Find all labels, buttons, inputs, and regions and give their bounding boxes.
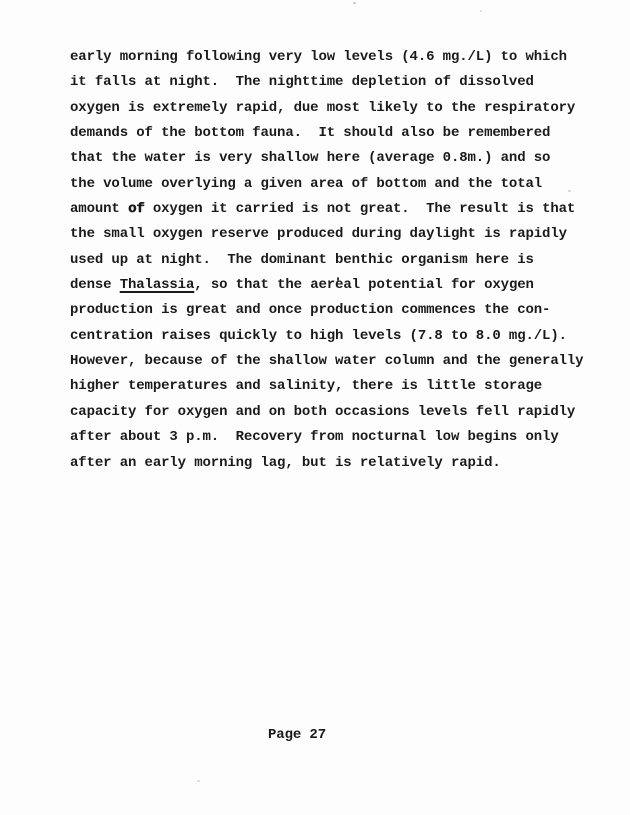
scan-speck: [337, 277, 339, 281]
text-segment: of: [128, 201, 145, 217]
text-block: early morning following very low levels …: [70, 45, 610, 476]
text-line: after about 3 p.m. Recovery from nocturn…: [70, 425, 610, 450]
scan-speck: [197, 780, 200, 782]
scan-speck: [568, 190, 571, 192]
scanned-document-page: early morning following very low levels …: [0, 0, 630, 815]
text-segment: after an early morning lag, but is relat…: [70, 455, 501, 471]
text-line: higher temperatures and salinity, there …: [70, 374, 610, 399]
text-segment: it falls at night. The nighttime depleti…: [70, 74, 534, 90]
text-segment: demands of the bottom fauna. It should a…: [70, 125, 550, 141]
text-segment: , so that the aereal potential for oxyge…: [194, 277, 534, 293]
text-segment: that the water is very shallow here (ave…: [70, 150, 550, 166]
text-segment: production is great and once production …: [70, 302, 550, 318]
text-segment: the volume overlying a given area of bot…: [70, 176, 542, 192]
text-line: amount of oxygen it carried is not great…: [70, 197, 610, 222]
text-line: oxygen is extremely rapid, due most like…: [70, 96, 610, 121]
text-line: used up at night. The dominant benthic o…: [70, 248, 610, 273]
text-line: that the water is very shallow here (ave…: [70, 146, 610, 171]
text-segment: after about 3 p.m. Recovery from nocturn…: [70, 429, 559, 445]
text-line: production is great and once production …: [70, 298, 610, 323]
text-line: capacity for oxygen and on both occasion…: [70, 400, 610, 425]
text-line: it falls at night. The nighttime depleti…: [70, 70, 610, 95]
text-segment: oxygen is extremely rapid, due most like…: [70, 100, 575, 116]
text-segment: amount: [70, 201, 128, 217]
text-segment: higher temperatures and salinity, there …: [70, 378, 542, 394]
text-line: after an early morning lag, but is relat…: [70, 451, 610, 476]
underlined-species-name: Thalassia: [120, 277, 195, 293]
text-line: the volume overlying a given area of bot…: [70, 172, 610, 197]
text-line: the small oxygen reserve produced during…: [70, 222, 610, 247]
text-segment: the small oxygen reserve produced during…: [70, 226, 567, 242]
page-number: Page 27: [268, 727, 326, 743]
text-segment: centration raises quickly to high levels…: [70, 328, 567, 344]
text-line: centration raises quickly to high levels…: [70, 324, 610, 349]
text-line: early morning following very low levels …: [70, 45, 610, 70]
scan-speck: [480, 10, 482, 12]
text-line: However, because of the shallow water co…: [70, 349, 610, 374]
text-segment: dense: [70, 277, 120, 293]
text-segment: early morning following very low levels …: [70, 49, 567, 65]
text-segment: capacity for oxygen and on both occasion…: [70, 404, 575, 420]
text-segment: used up at night. The dominant benthic o…: [70, 252, 534, 268]
scan-speck: [353, 2, 356, 4]
text-segment: oxygen it carried is not great. The resu…: [145, 201, 576, 217]
text-line: dense Thalassia, so that the aereal pote…: [70, 273, 610, 298]
text-segment: However, because of the shallow water co…: [70, 353, 583, 369]
text-line: demands of the bottom fauna. It should a…: [70, 121, 610, 146]
